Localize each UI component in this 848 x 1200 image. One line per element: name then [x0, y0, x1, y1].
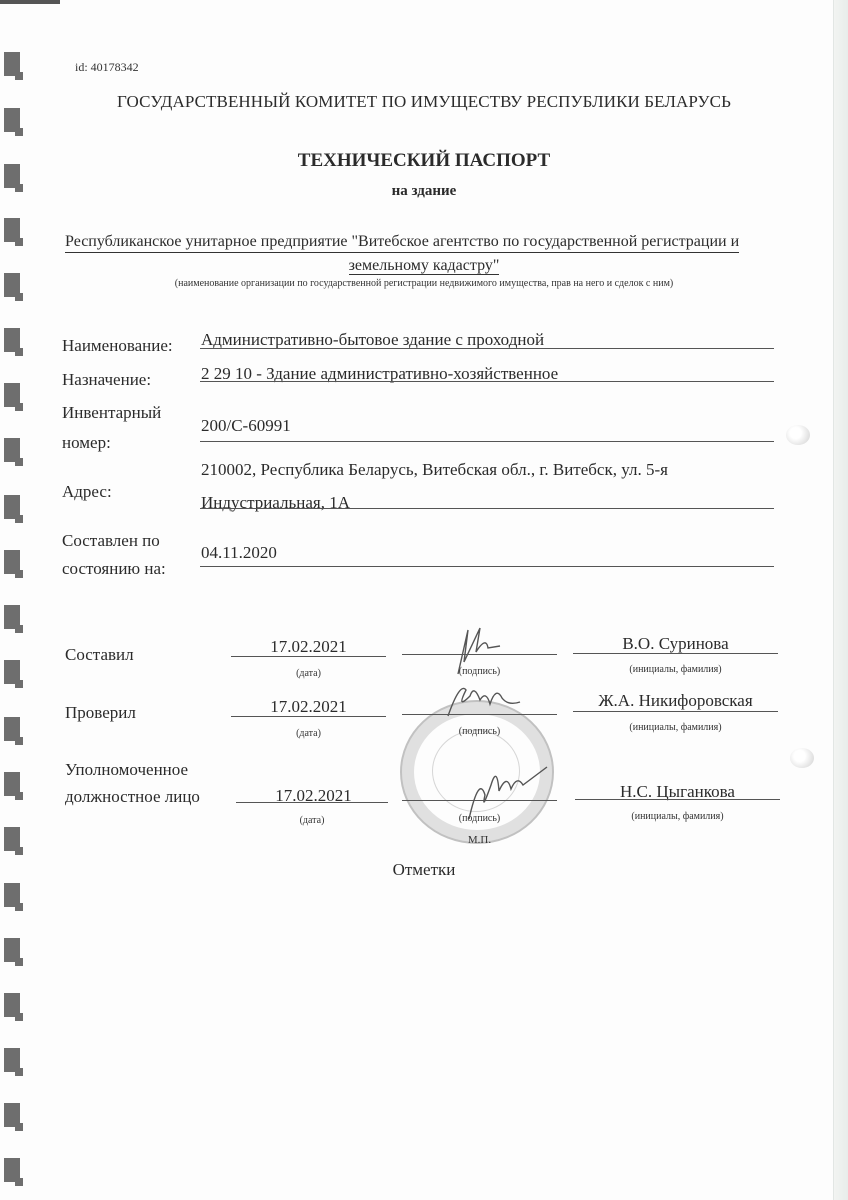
authorized-date-line [236, 802, 388, 803]
binder-hole-icon [4, 438, 20, 462]
binder-hole-icon [4, 1048, 20, 1072]
inventory-label-line1: Инвентарный [62, 400, 161, 426]
checked-by-date: 17.02.2021 [231, 697, 386, 717]
name-value: Административно-бытовое здание с проходн… [201, 327, 544, 353]
binder-hole-icon [4, 605, 20, 629]
authorized-date: 17.02.2021 [236, 786, 391, 806]
purpose-label: Назначение: [62, 367, 151, 393]
address-value-line2: Индустриальная, 1А [201, 490, 350, 516]
address-value-line1: 210002, Республика Беларусь, Витебская о… [201, 457, 668, 483]
checked-name-caption: (инициалы, фамилия) [573, 722, 778, 733]
as-of-label-line1: Составлен по [62, 528, 160, 554]
binder-hole-icon [4, 52, 20, 76]
signature-icon [440, 676, 530, 736]
marks-heading: Отметки [0, 860, 848, 880]
as-of-label-line2: состоянию на: [62, 556, 166, 582]
checked-name-line [573, 711, 778, 712]
document-subtitle: на здание [0, 183, 848, 200]
compiled-name-line [573, 653, 778, 654]
binder-hole-icon [4, 550, 20, 574]
binder-ring-icon [790, 748, 814, 768]
organization-line-2: земельному кадастру" [349, 257, 500, 275]
binder-hole-icon [4, 1158, 20, 1182]
inventory-underline [200, 441, 774, 442]
compiled-name-caption: (инициалы, фамилия) [573, 664, 778, 675]
checked-date-caption: (дата) [231, 728, 386, 739]
compiled-date-line [231, 656, 386, 657]
checked-date-line [231, 716, 386, 717]
document-id: id: 40178342 [75, 60, 139, 75]
address-underline [200, 508, 774, 509]
binder-hole-icon [4, 1103, 20, 1127]
as-of-value: 04.11.2020 [201, 540, 277, 566]
authorized-date-caption: (дата) [236, 815, 388, 826]
address-label: Адрес: [62, 479, 112, 505]
organization-line-1: Республиканское унитарное предприятие "В… [65, 233, 739, 253]
compiled-date-caption: (дата) [231, 668, 386, 679]
seal-label: М.П. [402, 834, 557, 846]
binder-hole-icon [4, 218, 20, 242]
purpose-value: 2 29 10 - Здание административно-хозяйст… [201, 361, 558, 387]
compiled-by-name: В.О. Суринова [573, 634, 778, 654]
authorized-label-line2: должностное лицо [65, 787, 200, 807]
name-label: Наименование: [62, 333, 173, 359]
binder-hole-icon [4, 328, 20, 352]
authorized-name-line [575, 799, 780, 800]
binder-hole-icon [4, 993, 20, 1017]
signature-icon [455, 755, 555, 825]
binder-hole-icon [4, 883, 20, 907]
organization-line-2-wrap: земельному кадастру" [0, 257, 848, 275]
document-title: ТЕХНИЧЕСКИЙ ПАСПОРТ [0, 150, 848, 172]
checked-by-name: Ж.А. Никифоровская [573, 691, 778, 711]
binder-hole-icon [4, 660, 20, 684]
signature-icon [440, 622, 520, 682]
binder-hole-icon [4, 495, 20, 519]
checked-by-label: Проверил [65, 703, 136, 723]
binder-hole-icon [4, 938, 20, 962]
authorized-name-caption: (инициалы, фамилия) [575, 811, 780, 822]
inventory-value: 200/С-60991 [201, 413, 291, 439]
binder-hole-icon [4, 717, 20, 741]
purpose-underline [200, 381, 774, 382]
organization-caption: (наименование организации по государстве… [0, 278, 848, 289]
compiled-by-label: Составил [65, 645, 134, 665]
document-page: id: 40178342 ГОСУДАРСТВЕННЫЙ КОМИТЕТ ПО … [0, 0, 848, 1200]
binder-hole-icon [4, 772, 20, 796]
authorized-label-line1: Уполномоченное [65, 760, 188, 780]
scan-edge-mark [0, 0, 60, 4]
compiled-by-date: 17.02.2021 [231, 637, 386, 657]
page-right-edge [833, 0, 848, 1200]
issuing-committee: ГОСУДАРСТВЕННЫЙ КОМИТЕТ ПО ИМУЩЕСТВУ РЕС… [0, 92, 848, 112]
inventory-label-line2: номер: [62, 430, 111, 456]
binder-hole-icon [4, 383, 20, 407]
name-underline [200, 348, 774, 349]
binder-hole-icon [4, 827, 20, 851]
as-of-underline [200, 566, 774, 567]
binder-ring-icon [786, 425, 810, 445]
